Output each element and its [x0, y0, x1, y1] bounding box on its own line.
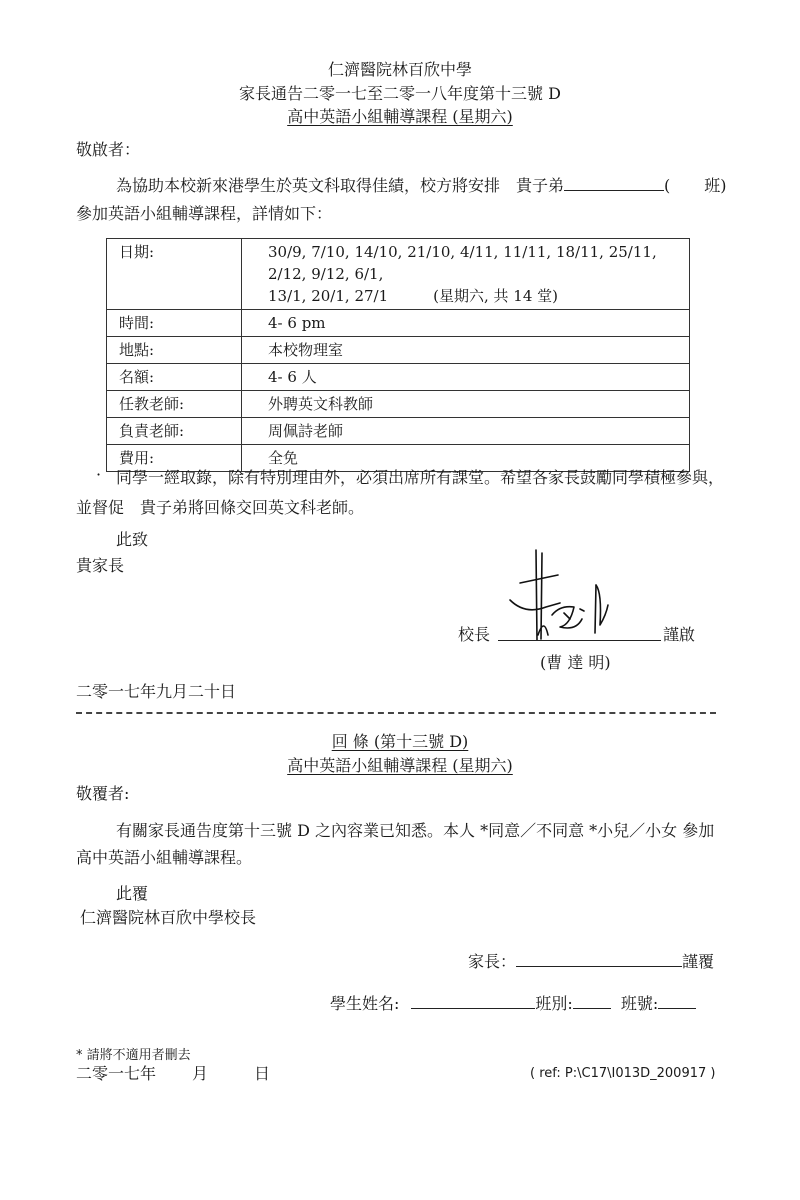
table-row: 時間: 4- 6 pm [107, 310, 690, 337]
principal-label: 校長 [458, 625, 490, 645]
reply-date-day: 日 [254, 1064, 270, 1083]
table-row: 日期: 30/9, 7/10, 14/10, 21/10, 4/11, 11/1… [107, 239, 690, 310]
row-value: 外聘英文科教師 [242, 391, 690, 418]
class-no-field[interactable] [658, 994, 696, 1009]
attendance-paragraph-line2: 並督促 貴子弟將回條交回英文科老師。 [76, 498, 364, 518]
parent-suffix: 謹覆 [682, 952, 714, 971]
reply-course-title: 高中英語小組輔導課程 (星期六) [0, 756, 800, 776]
reply-paragraph-line2: 高中英語小組輔導課程。 [76, 848, 252, 868]
row-value: 4- 6 pm [242, 310, 690, 337]
principal-suffix: 謹啟 [663, 625, 695, 645]
notice-title: 家長通告二零一七至二零一八年度第十三號 D [0, 84, 800, 104]
reply-date-month: 月 [192, 1064, 208, 1083]
notice-date: 二零一七年九月二十日 [76, 682, 236, 702]
reply-title: 回 條 (第十三號 D) [0, 732, 800, 752]
reply-salutation: 敬覆者: [76, 784, 129, 804]
table-row: 地點: 本校物理室 [107, 337, 690, 364]
class-label: 班別: [535, 994, 572, 1013]
row-label: 時間: [107, 310, 242, 337]
reply-date-year: 二零一七年 [76, 1064, 156, 1083]
dates-line1: 30/9, 7/10, 14/10, 21/10, 4/11, 11/11, 1… [268, 241, 689, 285]
row-label: 地點: [107, 337, 242, 364]
intro-paragraph-line2: 參加英語小組輔導課程，詳情如下： [76, 204, 332, 224]
student-name-field[interactable] [411, 994, 535, 1009]
closing: 此致 [116, 530, 148, 550]
class-no-label: 班號: [621, 994, 658, 1013]
principal-name: (曹 達 明) [540, 653, 611, 673]
attendance-paragraph-line1: 同學一經取錄，除有特別理由外，必須出席所有課堂。希望各家長鼓勵同學積極參與， [116, 468, 724, 488]
intro-paragraph-line1: 為協助本校新來港學生於英文科取得佳績，校方將安排 貴子弟(班) [116, 176, 727, 196]
signature-line [498, 640, 661, 641]
school-name: 仁濟醫院林百欣中學 [0, 60, 800, 80]
reply-paragraph-line1: 有關家長通告度第十三號 D 之內容業已知悉。本人 *同意／不同意 *小兒／小女 … [116, 821, 714, 841]
row-value: 周佩詩老師 [242, 418, 690, 445]
student-name-label: 學生姓名: [330, 994, 399, 1013]
course-title: 高中英語小組輔導課程 (星期六) [0, 107, 800, 127]
row-value: 4- 6 人 [242, 364, 690, 391]
table-row: 任教老師: 外聘英文科教師 [107, 391, 690, 418]
class-field[interactable] [573, 994, 611, 1009]
row-value: 30/9, 7/10, 14/10, 21/10, 4/11, 11/11, 1… [242, 239, 690, 310]
principal-signature-icon [500, 545, 640, 645]
class-open: ( [664, 176, 670, 195]
parent-label: 家長： [468, 952, 516, 971]
row-label: 日期: [107, 239, 242, 310]
bullet-dot: · [96, 465, 101, 485]
row-label: 名額: [107, 364, 242, 391]
dates-line2: 13/1, 20/1, 27/1 (星期六, 共 14 堂) [268, 285, 689, 307]
table-row: 名額: 4- 6 人 [107, 364, 690, 391]
class-close: 班) [704, 176, 726, 195]
footnote: * 請將不適用者刪去 [76, 1044, 191, 1063]
parent-signature-field[interactable] [516, 952, 682, 967]
intro-text: 為協助本校新來港學生於英文科取得佳績，校方將安排 貴子弟 [116, 176, 564, 195]
reply-addressee: 仁濟醫院林百欣中學校長 [80, 908, 256, 928]
row-label: 負責老師: [107, 418, 242, 445]
row-value: 本校物理室 [242, 337, 690, 364]
parent-signature-row: 家長：謹覆 [468, 952, 714, 972]
student-info-row: 學生姓名:班別:班號: [330, 994, 696, 1014]
addressee: 貴家長 [76, 556, 124, 576]
row-label: 任教老師: [107, 391, 242, 418]
student-name-blank[interactable] [564, 176, 664, 191]
salutation: 敬啟者： [76, 140, 140, 160]
table-row: 負責老師: 周佩詩老師 [107, 418, 690, 445]
reference-code: ( ref: P:\C17\I013D_200917 ) [530, 1066, 715, 1081]
reply-date-row: 二零一七年月日 [76, 1064, 270, 1084]
tear-off-divider [76, 712, 716, 714]
course-details-table: 日期: 30/9, 7/10, 14/10, 21/10, 4/11, 11/1… [106, 238, 690, 472]
reply-closing: 此覆 [116, 884, 148, 904]
